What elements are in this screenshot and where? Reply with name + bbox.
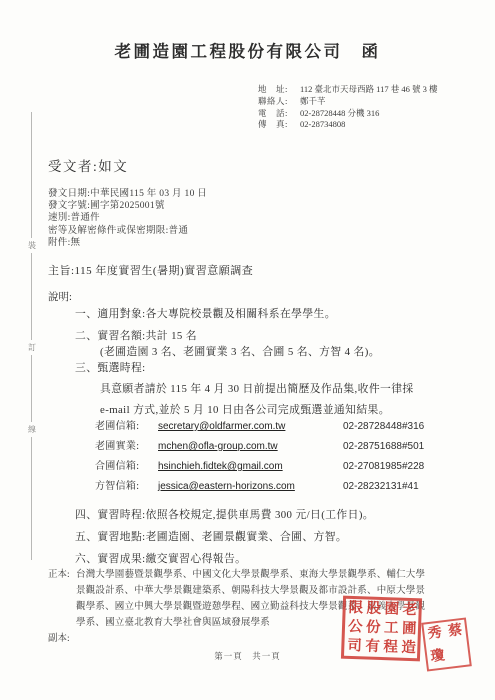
email-phone: 02-28728448#316 [343,421,424,432]
document-page: 裝 訂 線 老圃造園工程股份有限公司 函 地 址: 112 臺北市天母西路 11… [0,0,495,700]
contact-row-address: 地 址: 112 臺北市天母西路 117 巷 46 號 3 樓 [258,84,438,96]
contact-label: 傳 真: [258,119,300,131]
email-row: 老圃實業: mchen@ofla-group.com.tw 02-2875168… [95,437,465,457]
contact-info-block: 地 址: 112 臺北市天母西路 117 巷 46 號 3 樓 聯絡人: 鄭千芊… [258,84,438,131]
item-3-line-2: e-mail 方式,並於 5 月 10 日由各公司完成甄選並通知結果。 [100,402,390,417]
subject-line: 主旨:115 年度實習生(暑期)實習意願調查 [48,262,253,278]
contact-value: 02-28734808 [300,119,345,131]
email-link[interactable]: hsinchieh.fidtek@gmail.com [158,461,343,472]
copy-recipients-label: 副本: [48,630,70,644]
email-link[interactable]: jessica@eastern-horizons.com [158,481,343,492]
email-link[interactable]: secretary@oldfarmer.com.tw [158,421,343,432]
recipient-line: 受文者:如文 [48,155,128,175]
meta-row-number: 發文字號:圃字第2025001號 [48,200,207,212]
meta-block: 發文日期:中華民國115 年 03 月 10 日 發文字號:圃字第2025001… [48,188,207,249]
contact-label: 聯絡人: [258,96,300,108]
personal-seal-char [447,642,470,667]
item-5-location: 五、實習地點:老圃造園、老圃景觀實業、合圃、方智。 [75,529,347,544]
company-seal-row: 公份工圃 [345,620,418,637]
page-number: 第一頁 共一頁 [0,650,495,662]
binding-line [31,112,32,560]
email-row: 方智信箱: jessica@eastern-horizons.com 02-28… [95,477,465,497]
contact-row-phone: 電 話: 02-28728448 分機 316 [258,108,438,120]
personal-seal-char: 秀 [423,622,446,647]
email-link[interactable]: mchen@ofla-group.com.tw [158,441,343,452]
personal-seal-char: 蔡 [444,620,467,645]
item-4-schedule: 四、實習時程:依照各校規定,提供車馬費 300 元/日(工作日)。 [75,507,374,522]
personal-seal-char: 瓊 [426,645,449,670]
item-1-target-audience: 一、適用對象:各大專院校景觀及相關科系在學學生。 [75,306,336,321]
email-row: 老圃信箱: secretary@oldfarmer.com.tw 02-2872… [95,417,465,437]
email-phone: 02-28751688#501 [343,441,424,452]
contact-value: 02-28728448 分機 316 [300,108,379,120]
explanation-label: 說明: [48,289,72,304]
email-label: 老圃實業: [95,437,158,452]
company-seal-row: 限股園老 [345,601,418,618]
email-label: 老圃信箱: [95,417,158,432]
binding-char-ding: 訂 [26,340,38,355]
contact-value: 鄭千芊 [300,96,326,108]
item-2-quota-note: (老圃造園 3 名、老圃實業 3 名、合圃 5 名、方智 4 名)。 [100,344,380,359]
email-table: 老圃信箱: secretary@oldfarmer.com.tw 02-2872… [95,417,465,497]
item-6-results: 六、實習成果:繳交實習心得報告。 [75,551,246,566]
personal-seal-stamp: 秀 蔡 瓊 [421,617,472,671]
email-row: 合圃信箱: hsinchieh.fidtek@gmail.com 02-2708… [95,457,465,477]
meta-row-attachment: 附件:無 [48,237,207,249]
binding-char-xian: 線 [26,422,38,437]
contact-label: 電 話: [258,108,300,120]
meta-row-date: 發文日期:中華民國115 年 03 月 10 日 [48,188,207,200]
binding-char-zhuang: 裝 [26,238,38,253]
contact-row-fax: 傳 真: 02-28734808 [258,119,438,131]
email-phone: 02-28232131#41 [343,481,419,492]
item-2-quota: 二、實習名額:共計 15 名 [75,328,197,343]
item-3-selection-schedule: 三、甄選時程: [75,360,146,375]
meta-row-speed: 速別:普通件 [48,212,207,224]
original-label: 正本: [48,567,76,631]
email-label: 合圃信箱: [95,457,158,472]
company-seal-stamp: 限股園老 公份工圃 司有程造 [341,596,422,662]
contact-row-person: 聯絡人: 鄭千芊 [258,96,438,108]
email-phone: 02-27081985#228 [343,461,424,472]
contact-value: 112 臺北市天母西路 117 巷 46 號 3 樓 [300,84,438,96]
page-title: 老圃造園工程股份有限公司 函 [0,38,495,62]
contact-label: 地 址: [258,84,300,96]
email-label: 方智信箱: [95,477,158,492]
item-3-line-1: 具意願者請於 115 年 4 月 30 日前提出簡歷及作品集,收件一律採 [100,381,414,396]
company-seal-row: 司有程造 [344,639,417,656]
meta-row-confidentiality: 密等及解密條件或保密期限:普通 [48,225,207,237]
